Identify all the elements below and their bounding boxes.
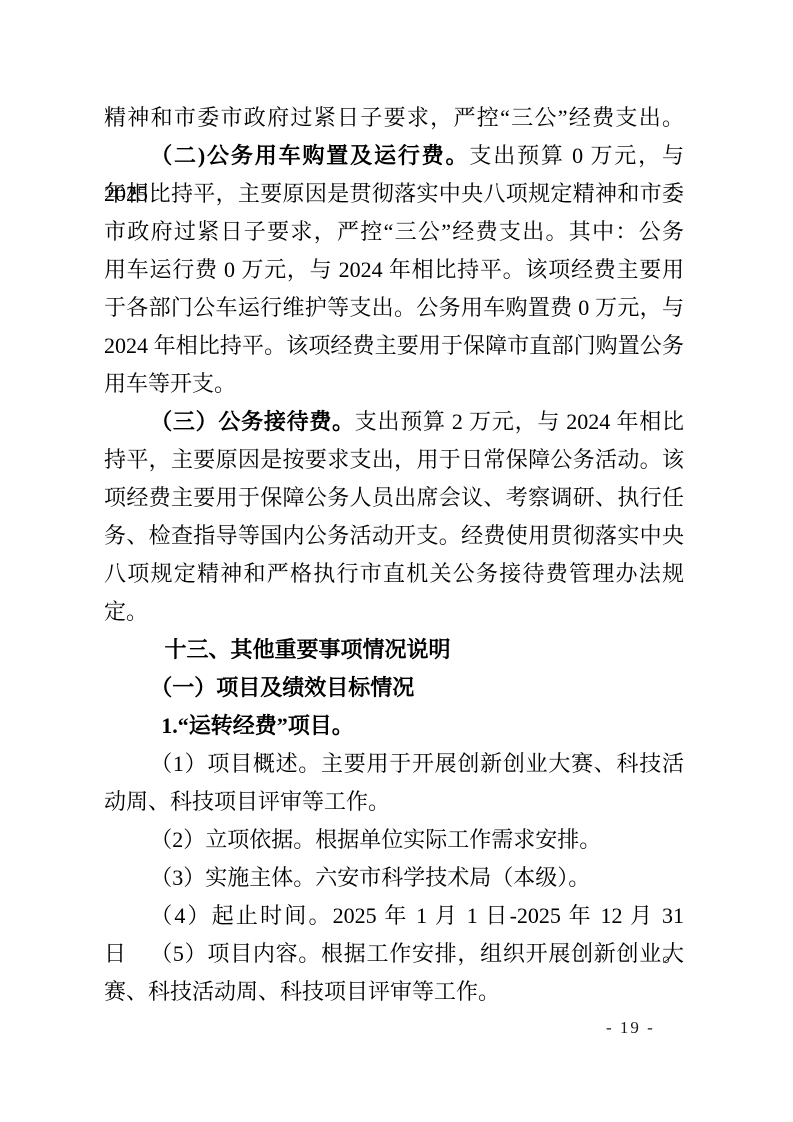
body-line: 定。 (104, 593, 684, 631)
body-line: 赛、科技活动周、科技项目评审等工作。 (104, 973, 684, 1011)
body-line: 持平，主要原因是按要求支出，用于日常保障公务活动。该 (104, 441, 684, 479)
paragraph-lead-bold: （三）公务接待费。 (150, 409, 355, 434)
section-heading-thirteen: 十三、其他重要事项情况说明 (104, 631, 684, 669)
body-line: 市政府过紧日子要求，严控“三公”经费支出。其中：公务 (104, 213, 684, 251)
paragraph-lead-rest: 支出预算 2 万元，与 2024 年相比 (355, 409, 684, 434)
project-heading-operating-funds: 1.“运转经费”项目。 (104, 707, 684, 745)
body-line: （4）起止时间。2025 年 1 月 1 日-2025 年 12 月 31 日。 (104, 897, 684, 935)
body-line: 2024 年相比持平。该项经费主要用于保障市直部门购置公务 (104, 327, 684, 365)
body-line: 用车运行费 0 万元，与 2024 年相比持平。该项经费主要用 (104, 251, 684, 289)
page-number: - 19 - (606, 1016, 655, 1040)
body-line: （1）项目概述。主要用于开展创新创业大赛、科技活 (104, 745, 684, 783)
body-line: （3）实施主体。六安市科学技术局（本级）。 (104, 859, 684, 897)
paragraph-start-vehicle-fees: （二)公务用车购置及运行费。支出预算 0 万元，与 2025 (104, 137, 684, 175)
body-line: 用车等开支。 (104, 365, 684, 403)
document-text-block: 精神和市委市政府过紧日子要求，严控“三公”经费支出。 （二)公务用车购置及运行费… (104, 99, 684, 1011)
body-line: （5）项目内容。根据工作安排，组织开展创新创业大 (104, 935, 684, 973)
paragraph-start-reception-fees: （三）公务接待费。支出预算 2 万元，与 2024 年相比 (104, 403, 684, 441)
body-line: 八项规定精神和严格执行市直机关公务接待费管理办法规 (104, 555, 684, 593)
body-line: （2）立项依据。根据单位实际工作需求安排。 (104, 821, 684, 859)
paragraph-lead-bold: （二)公务用车购置及运行费。 (150, 143, 469, 168)
body-line: 于各部门公车运行维护等支出。公务用车购置费 0 万元，与 (104, 289, 684, 327)
document-page: 精神和市委市政府过紧日子要求，严控“三公”经费支出。 （二)公务用车购置及运行费… (0, 0, 793, 1122)
body-line: 年相比持平，主要原因是贯彻落实中央八项规定精神和市委 (104, 175, 684, 213)
body-line: 精神和市委市政府过紧日子要求，严控“三公”经费支出。 (104, 99, 684, 137)
body-line: 动周、科技项目评审等工作。 (104, 783, 684, 821)
body-line: 项经费主要用于保障公务人员出席会议、考察调研、执行任 (104, 479, 684, 517)
body-line: 务、检查指导等国内公务活动开支。经费使用贯彻落实中央 (104, 517, 684, 555)
subsection-heading-projects: （一）项目及绩效目标情况 (104, 669, 684, 707)
